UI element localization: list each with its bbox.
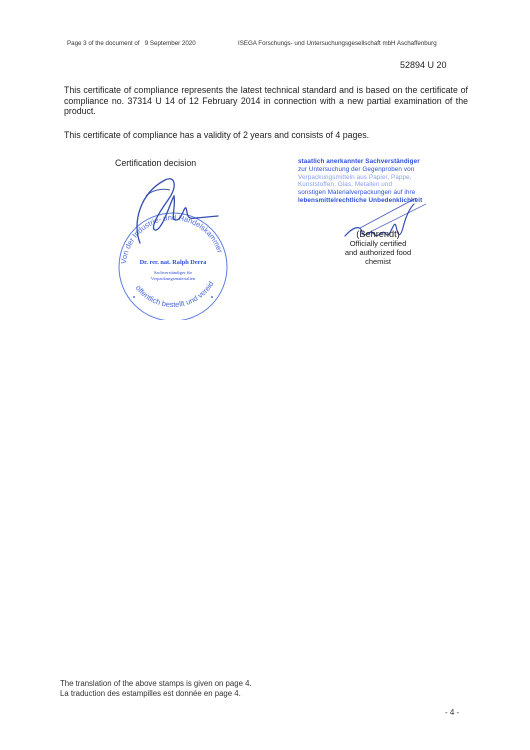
- header-organization: ISEGA Forschungs- und Untersuchungsgesel…: [238, 40, 437, 47]
- stamp-line-1: staatlich anerkannter Sachverständiger: [298, 158, 476, 166]
- document-number: 52894 U 20: [400, 60, 447, 70]
- footer-note-french: La traduction des estampilles est donnée…: [60, 689, 241, 699]
- header-date: 9 September 2020: [145, 40, 196, 47]
- header-page-info: Page 3 of the document of 9 September 20…: [67, 40, 196, 47]
- stamp-line-2: zur Untersuchung der Gegenproben von: [298, 166, 476, 174]
- paragraph-basis: This certificate of compliance represent…: [64, 85, 468, 117]
- stamp-line-5: sonstigen Materialverpackungen auf ihre: [298, 189, 476, 197]
- header-page-label: Page 3 of the document of: [67, 40, 140, 47]
- certification-decision-label: Certification decision: [115, 158, 196, 168]
- stamp-line-3: Verpackungsmitteln aus Papier, Pappe,: [298, 174, 476, 182]
- paragraph-validity: This certificate of compliance has a val…: [64, 130, 468, 141]
- stamp-role-line-2: Verpackungsmaterialien: [151, 276, 196, 281]
- page-number: - 4 -: [445, 708, 459, 717]
- stamp-name: Dr. rer. nat. Ralph Derra: [140, 259, 208, 266]
- stamp-line-4: Kunststoffen, Glas, Metallen und: [298, 181, 476, 189]
- stamp-role-line-1: Sachverständiger für: [154, 270, 193, 275]
- signatory-title: Officially certified and authorized food…: [323, 240, 433, 266]
- footer-note-english: The translation of the above stamps is g…: [60, 679, 252, 689]
- signatory-title-line-3: chemist: [323, 258, 433, 267]
- signatory-name: (Behrendt): [338, 229, 418, 239]
- signature-derra: [110, 168, 230, 258]
